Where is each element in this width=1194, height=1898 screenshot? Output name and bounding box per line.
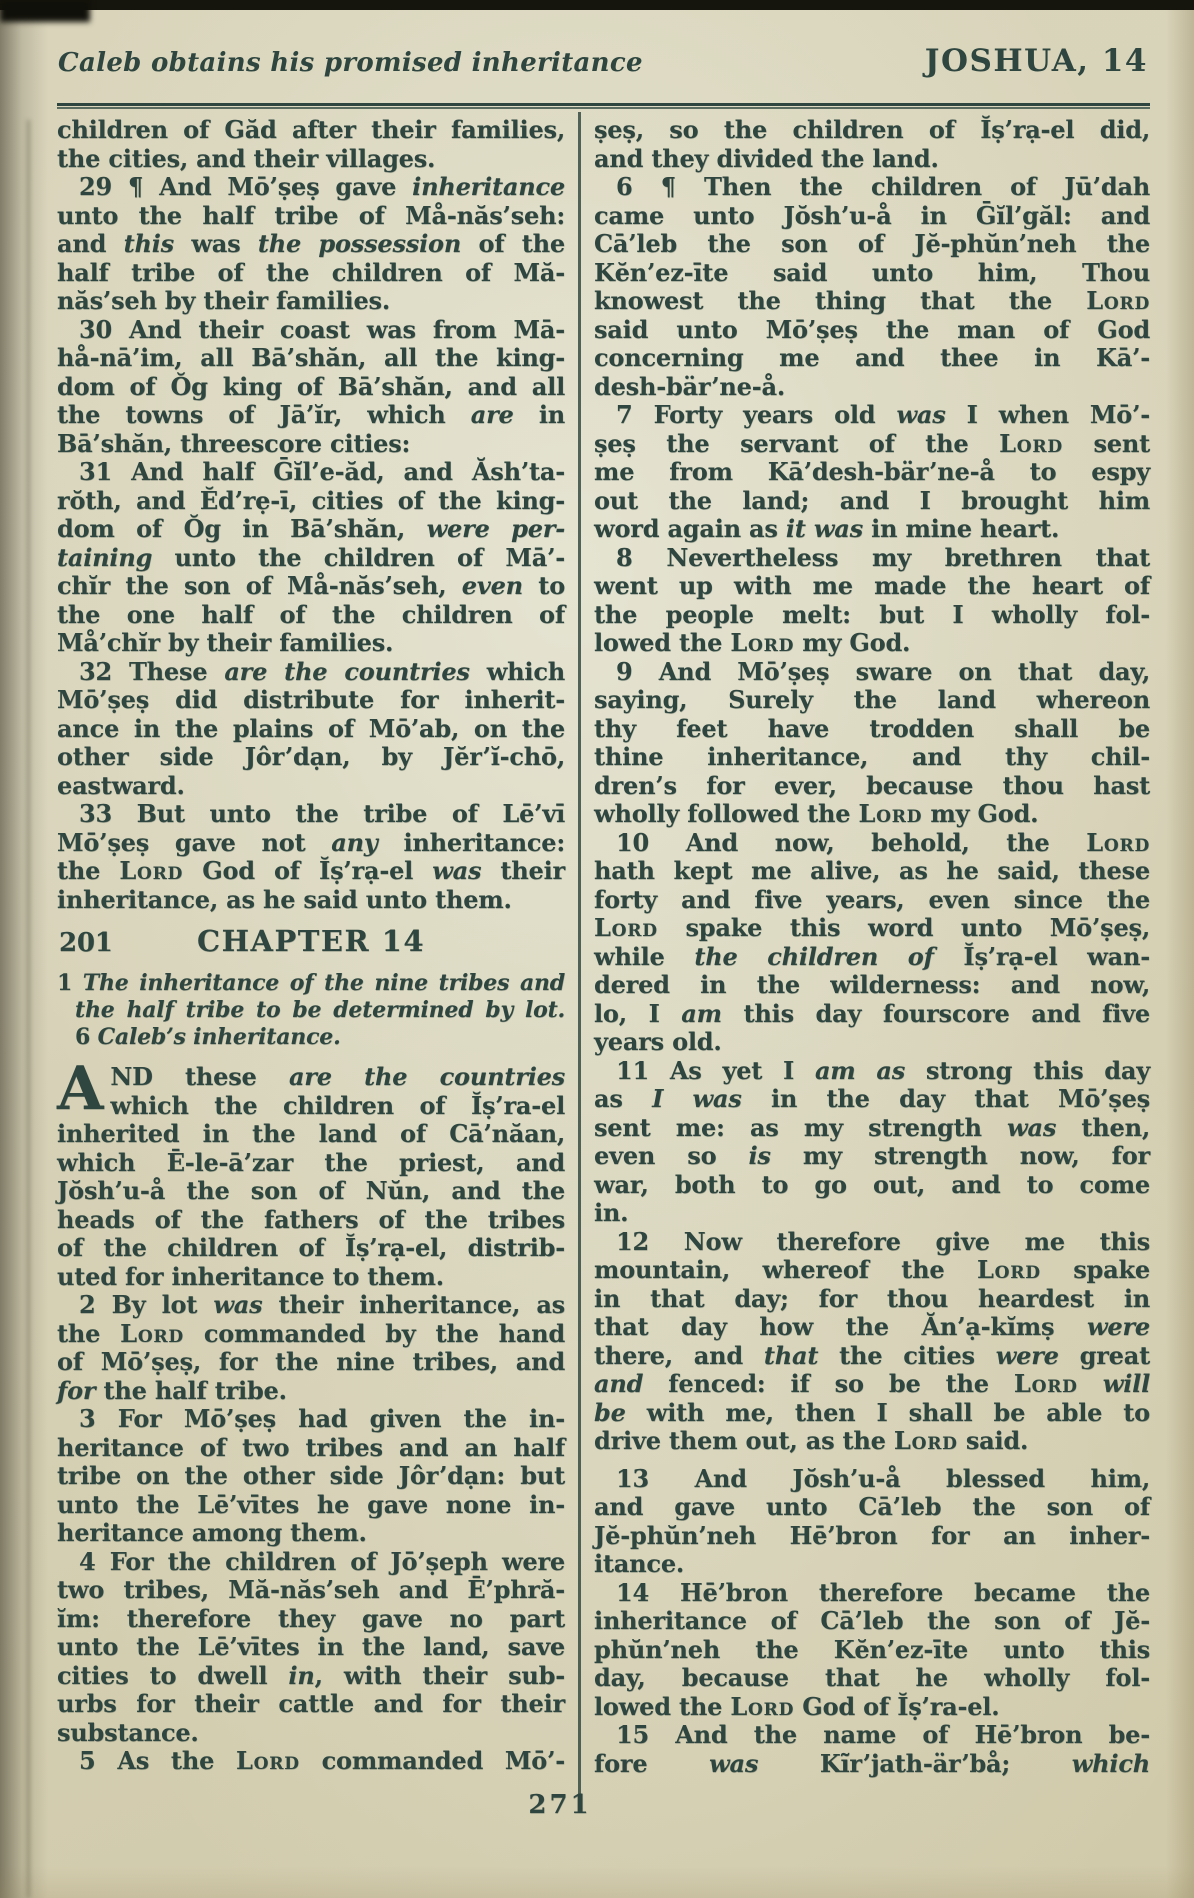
text-line: 12 Now therefore give me this xyxy=(594,1228,1150,1257)
text-line: sent me: as my strength was then, xyxy=(594,1114,1150,1143)
text-line: 32 These are the countries which xyxy=(57,658,565,687)
text-line: itance. xyxy=(594,1550,1150,1579)
text-line: Kĕn’ez-īte said unto him, Thou xyxy=(594,259,1150,288)
text-line: went up with me made the heart of xyxy=(594,572,1150,601)
text-line: phŭn’neh the Kĕn’ez-īte unto this xyxy=(594,1636,1150,1665)
italic-text: am as xyxy=(815,1056,905,1085)
header-rule xyxy=(57,103,1150,109)
text-line: the Lord God of Ĭṣ’rạ-el was their xyxy=(57,857,565,886)
text-line: concerning me and thee in Kā’- xyxy=(594,344,1150,373)
text-line: lo, I am this day fourscore and five xyxy=(594,1000,1150,1029)
text-line: dren’s for ever, because thou hast xyxy=(594,772,1150,801)
text-line: years old. xyxy=(594,1028,1150,1057)
verse-paragraph: children of Găd after their families,the… xyxy=(57,116,565,173)
lord-small-caps: Lord xyxy=(1086,286,1150,315)
text-line: day, because that he wholly fol- xyxy=(594,1664,1150,1693)
text-line: ND these are the countries xyxy=(57,1063,565,1092)
text-line: 31 And half Ḡĭl’e-ăd, and Ăsh’ta- xyxy=(57,458,565,487)
text-line: 1 The inheritance of the nine tribes and xyxy=(75,970,565,997)
verse-paragraph: 14 Hē’bron therefore became theinheritan… xyxy=(594,1579,1150,1722)
text-line: 7 Forty years old was I when Mō’- xyxy=(594,401,1150,430)
italic-text: which xyxy=(1072,1749,1150,1778)
chapter-side-number: 201 xyxy=(59,929,113,958)
text-line: which the children of Ĭṣ’ra-el xyxy=(57,1092,565,1121)
book-chapter-heading: JOSHUA, 14 xyxy=(925,43,1148,79)
lord-small-caps: Lord xyxy=(858,799,922,828)
text-line: heads of the fathers of the tribes xyxy=(57,1206,565,1235)
italic-text: will xyxy=(1103,1369,1150,1398)
italic-text: is xyxy=(749,1141,771,1170)
verse-paragraph: 7 Forty years old was I when Mō’-ṣeṣ the… xyxy=(594,401,1150,544)
text-line: word again as it was in mine heart. xyxy=(594,515,1150,544)
text-line: and fenced: if so be the Lord will xyxy=(594,1370,1150,1399)
italic-text: that xyxy=(764,1341,818,1370)
text-line: 33 But unto the tribe of Lē’vī xyxy=(57,800,565,829)
column-divider-rule xyxy=(578,112,581,1804)
text-line: while the children of Ĭṣ’rạ-el wan- xyxy=(594,943,1150,972)
text-line: as I was in the day that Mō’ṣeṣ xyxy=(594,1085,1150,1114)
text-line: rŏth, and Ĕd’rẹ-ī, cities of the king- xyxy=(57,487,565,516)
page-number: 271 xyxy=(440,1790,680,1820)
verse-paragraph: 12 Now therefore give me thismountain, w… xyxy=(594,1228,1150,1456)
italic-text: was xyxy=(1007,1113,1056,1142)
text-line: children of Găd after their families, xyxy=(57,116,565,145)
text-line: lowed the Lord my God. xyxy=(594,629,1150,658)
text-line: ṣeṣ, so the children of Ĭṣ’rạ-el did, xyxy=(594,116,1150,145)
text-line: inheritance, as he said unto them. xyxy=(57,886,565,915)
text-line: hå-nā’im, all Bā’shăn, all the king- xyxy=(57,344,565,373)
drop-cap: A xyxy=(57,1066,103,1119)
text-line: of Mō’ṣeṣ, for the nine tribes, and xyxy=(57,1348,565,1377)
text-line: 9 And Mō’ṣeṣ sware on that day, xyxy=(594,658,1150,687)
top-edge-shadow xyxy=(0,0,1194,10)
italic-text: Caleb’s inheritance. xyxy=(98,1024,341,1050)
lord-small-caps: Lord xyxy=(1014,1369,1078,1398)
text-line: inherited in the land of Cā’năan, xyxy=(57,1120,565,1149)
lord-small-caps: Lord xyxy=(894,1426,958,1455)
verse-paragraph: 4 For the children of Jō’ṣeph weretwo tr… xyxy=(57,1548,565,1748)
verse-paragraph: 13 And Jŏsh’u-å blessed him,and gave unt… xyxy=(594,1465,1150,1579)
text-line: desh-bär’ne-å. xyxy=(594,373,1150,402)
text-line: 2 By lot was their inheritance, as xyxy=(57,1291,565,1320)
text-line: 3 For Mō’ṣeṣ had given the in- xyxy=(57,1405,565,1434)
verse-paragraph: 3 For Mō’ṣeṣ had given the in-heritance … xyxy=(57,1405,565,1548)
italic-text: the possession xyxy=(258,229,461,258)
page-crease xyxy=(27,120,30,1898)
verse-paragraph: 5 As the Lord commanded Mō’- xyxy=(57,1747,565,1776)
italic-text: are the countries xyxy=(289,1062,565,1091)
lord-small-caps: Lord xyxy=(999,429,1063,458)
text-line: which Ē-le-ā’zar the priest, and xyxy=(57,1149,565,1178)
text-line: 6 Caleb’s inheritance. xyxy=(75,1024,565,1051)
lord-small-caps: Lord xyxy=(1086,828,1150,857)
verse-paragraph: ṣeṣ, so the children of Ĭṣ’rạ-el did,and… xyxy=(594,116,1150,173)
verse-paragraph: AND these are the countrieswhich the chi… xyxy=(57,1063,565,1291)
text-line: knowest the thing that the Lord xyxy=(594,287,1150,316)
text-line: dom of Ŏg king of Bā’shăn, and all xyxy=(57,373,565,402)
lord-small-caps: Lord xyxy=(730,1692,794,1721)
text-line: Mō’ṣeṣ gave not any inheritance: xyxy=(57,829,565,858)
text-line: 5 As the Lord commanded Mō’- xyxy=(57,1747,565,1776)
top-corner-shadow xyxy=(0,0,90,22)
text-line: Må’chĭr by their families. xyxy=(57,629,565,658)
text-line: and this was the possession of the xyxy=(57,230,565,259)
text-line: 8 Nevertheless my brethren that xyxy=(594,544,1150,573)
italic-text: the half tribe to be determined by lot. xyxy=(75,997,565,1023)
text-line: cities to dwell in, with their sub- xyxy=(57,1662,565,1691)
text-line: unto the half tribe of Må-năs’seh: xyxy=(57,202,565,231)
italic-text: was xyxy=(709,1749,758,1778)
text-line: said unto Mō’ṣeṣ the man of God xyxy=(594,316,1150,345)
text-line: Jŏsh’u-å the son of Nŭn, and the xyxy=(57,1177,565,1206)
text-line: 4 For the children of Jō’ṣeph were xyxy=(57,1548,565,1577)
text-line: dered in the wilderness: and now, xyxy=(594,971,1150,1000)
text-line: for the half tribe. xyxy=(57,1377,565,1406)
verse-paragraph: 31 And half Ḡĭl’e-ăd, and Ăsh’ta-rŏth, a… xyxy=(57,458,565,658)
text-line: eastward. xyxy=(57,772,565,801)
verse-paragraph: 15 And the name of Hē’bron be-fore was K… xyxy=(594,1721,1150,1778)
text-line: Cā’leb the son of Jĕ-phŭn’neh the xyxy=(594,230,1150,259)
text-line: 30 And their coast was from Mā- xyxy=(57,316,565,345)
lord-small-caps: Lord xyxy=(977,1255,1041,1284)
text-line: urbs for their cattle and for their xyxy=(57,1690,565,1719)
text-line: ṣeṣ the servant of the Lord sent xyxy=(594,430,1150,459)
text-line: 10 And now, behold, the Lord xyxy=(594,829,1150,858)
text-line: lowed the Lord God of Ĭṣ’ra-el. xyxy=(594,1693,1150,1722)
text-line: and gave unto Cā’leb the son of xyxy=(594,1493,1150,1522)
right-column: ṣeṣ, so the children of Ĭṣ’rạ-el did,and… xyxy=(594,116,1150,1778)
text-line: năs’seh by their families. xyxy=(57,287,565,316)
text-line: the Lord commanded by the hand xyxy=(57,1320,565,1349)
text-line: there, and that the cities were great xyxy=(594,1342,1150,1371)
text-line: the half tribe to be determined by lot. xyxy=(75,997,565,1024)
text-line: taining unto the children of Mā’- xyxy=(57,544,565,573)
italic-text: were per- xyxy=(427,514,565,543)
italic-text: I was xyxy=(652,1084,742,1113)
text-line: war, both to go out, and to come xyxy=(594,1171,1150,1200)
text-line: hath kept me alive, as he said, these xyxy=(594,857,1150,886)
text-line: uted for inheritance to them. xyxy=(57,1263,565,1292)
chapter-heading-row: 201CHAPTER 14 xyxy=(57,924,565,964)
text-line: 14 Hē’bron therefore became the xyxy=(594,1579,1150,1608)
text-line: 11 As yet I am as strong this day xyxy=(594,1057,1150,1086)
text-line: unto the Lē’vītes he gave none in- xyxy=(57,1491,565,1520)
verse-paragraph: 30 And their coast was from Mā-hå-nā’im,… xyxy=(57,316,565,459)
text-line: be with me, then I shall be able to xyxy=(594,1399,1150,1428)
text-line: heritance of two tribes and an half xyxy=(57,1434,565,1463)
italic-text: any xyxy=(331,828,377,857)
lord-small-caps: Lord xyxy=(236,1746,300,1775)
text-line: chĭr the son of Må-năs’seh, even to xyxy=(57,572,565,601)
italic-text: was xyxy=(213,1290,262,1319)
text-line: ance in the plains of Mō’ab, on the xyxy=(57,715,565,744)
italic-text: am xyxy=(681,999,722,1028)
text-line: 29 ¶ And Mō’ṣeṣ gave inheritance xyxy=(57,173,565,202)
italic-text: were xyxy=(1087,1312,1150,1341)
text-line: that day how the Ăn’ạ-kĭmṣ were xyxy=(594,1313,1150,1342)
text-line: 6 ¶ Then the children of Jū’dah xyxy=(594,173,1150,202)
gutter-shadow xyxy=(0,0,48,1898)
verse-paragraph: 8 Nevertheless my brethren thatwent up w… xyxy=(594,544,1150,658)
left-column: children of Găd after their families,the… xyxy=(57,116,565,1776)
lord-small-caps: Lord xyxy=(730,628,794,657)
verse-paragraph: 11 As yet I am as strong this dayas I wa… xyxy=(594,1057,1150,1228)
text-line: unto the Lē’vītes in the land, save xyxy=(57,1633,565,1662)
verse-paragraph: 29 ¶ And Mō’ṣeṣ gave inheritanceunto the… xyxy=(57,173,565,316)
verse-paragraph: 10 And now, behold, the Lordhath kept me… xyxy=(594,829,1150,1057)
text-line: in that day; for thou heardest in xyxy=(594,1285,1150,1314)
italic-text: and xyxy=(594,1369,643,1398)
italic-text: for xyxy=(57,1376,95,1405)
italic-text: this xyxy=(124,229,174,258)
text-line: Bā’shăn, threescore cities: xyxy=(57,430,565,459)
chapter-title: CHAPTER 14 xyxy=(57,924,565,956)
italic-text: are xyxy=(471,400,514,429)
page-curl-shadow xyxy=(1166,0,1194,1898)
italic-text: was xyxy=(432,856,481,885)
running-head: Caleb obtains his promised inheritance xyxy=(58,48,643,78)
text-line: Lord spake this word unto Mō’ṣeṣ, xyxy=(594,914,1150,943)
lord-small-caps: Lord xyxy=(120,1319,184,1348)
text-line: 13 And Jŏsh’u-å blessed him, xyxy=(594,1465,1150,1494)
verse-paragraph: 2 By lot was their inheritance, asthe Lo… xyxy=(57,1291,565,1405)
text-line: other side Jôr’dạn, by Jĕr’ĭ-chō, xyxy=(57,743,565,772)
text-line: the one half of the children of xyxy=(57,601,565,630)
text-line: thine inheritance, and thy chil- xyxy=(594,743,1150,772)
text-line: came unto Jŏsh’u-å in Ḡĭl’găl: and xyxy=(594,202,1150,231)
bible-page-scan: Caleb obtains his promised inheritance J… xyxy=(0,0,1194,1898)
text-line: in. xyxy=(594,1199,1150,1228)
chapter-summary: 1 The inheritance of the nine tribes and… xyxy=(57,970,565,1051)
italic-text: in xyxy=(288,1661,314,1690)
text-line: the towns of Jā’ĭr, which are in xyxy=(57,401,565,430)
text-line: inheritance of Cā’leb the son of Jĕ- xyxy=(594,1607,1150,1636)
text-line: half tribe of the children of Mă- xyxy=(57,259,565,288)
text-line: heritance among them. xyxy=(57,1519,565,1548)
italic-text: even xyxy=(462,571,523,600)
text-line: forty and five years, even since the xyxy=(594,886,1150,915)
text-line: mountain, whereof the Lord spake xyxy=(594,1256,1150,1285)
italic-text: it was xyxy=(786,514,863,543)
text-line: dom of Ŏg in Bā’shăn, were per- xyxy=(57,515,565,544)
text-line: of the children of Ĭṣ’rạ-el, distrib- xyxy=(57,1234,565,1263)
text-line: wholly followed the Lord my God. xyxy=(594,800,1150,829)
italic-text: the children of xyxy=(694,942,933,971)
verse-paragraph: 6 ¶ Then the children of Jū’dahcame unto… xyxy=(594,173,1150,401)
italic-text: taining xyxy=(57,543,152,572)
text-line: saying, Surely the land whereon xyxy=(594,686,1150,715)
text-line: Mō’ṣeṣ did distribute for inherit- xyxy=(57,686,565,715)
italic-text: are the countries xyxy=(224,657,469,686)
text-line: out the land; and I brought him xyxy=(594,487,1150,516)
text-line: Jĕ-phŭn’neh Hē’bron for an inher- xyxy=(594,1522,1150,1551)
italic-text: be xyxy=(594,1398,626,1427)
text-line: me from Kā’desh-bär’ne-å to espy xyxy=(594,458,1150,487)
verse-paragraph: 33 But unto the tribe of Lē’vīMō’ṣeṣ gav… xyxy=(57,800,565,914)
italic-text: The inheritance of the nine tribes and xyxy=(83,970,565,996)
text-line: the people melt: but I wholly fol- xyxy=(594,601,1150,630)
text-line: ĭm: therefore they gave no part xyxy=(57,1605,565,1634)
verse-paragraph: 9 And Mō’ṣeṣ sware on that day,saying, S… xyxy=(594,658,1150,829)
bottom-edge-shadow xyxy=(0,1866,1194,1898)
text-line: and they divided the land. xyxy=(594,145,1150,174)
italic-text: inheritance xyxy=(412,172,565,201)
lord-small-caps: Lord xyxy=(119,856,183,885)
text-line: even so is my strength now, for xyxy=(594,1142,1150,1171)
verse-paragraph: 32 These are the countries whichMō’ṣeṣ d… xyxy=(57,658,565,801)
lord-small-caps: Lord xyxy=(594,913,658,942)
text-line: thy feet have trodden shall be xyxy=(594,715,1150,744)
text-line: two tribes, Mă-năs’seh and Ē’phră- xyxy=(57,1576,565,1605)
text-line: fore was Kĩr’jath-är’bå; which xyxy=(594,1750,1150,1779)
italic-text: were xyxy=(996,1341,1059,1370)
text-line: substance. xyxy=(57,1719,565,1748)
text-line: tribe on the other side Jôr’dạn: but xyxy=(57,1462,565,1491)
text-line: the cities, and their villages. xyxy=(57,145,565,174)
text-line: 15 And the name of Hē’bron be- xyxy=(594,1721,1150,1750)
text-line: drive them out, as the Lord said. xyxy=(594,1427,1150,1456)
italic-text: was xyxy=(896,400,945,429)
